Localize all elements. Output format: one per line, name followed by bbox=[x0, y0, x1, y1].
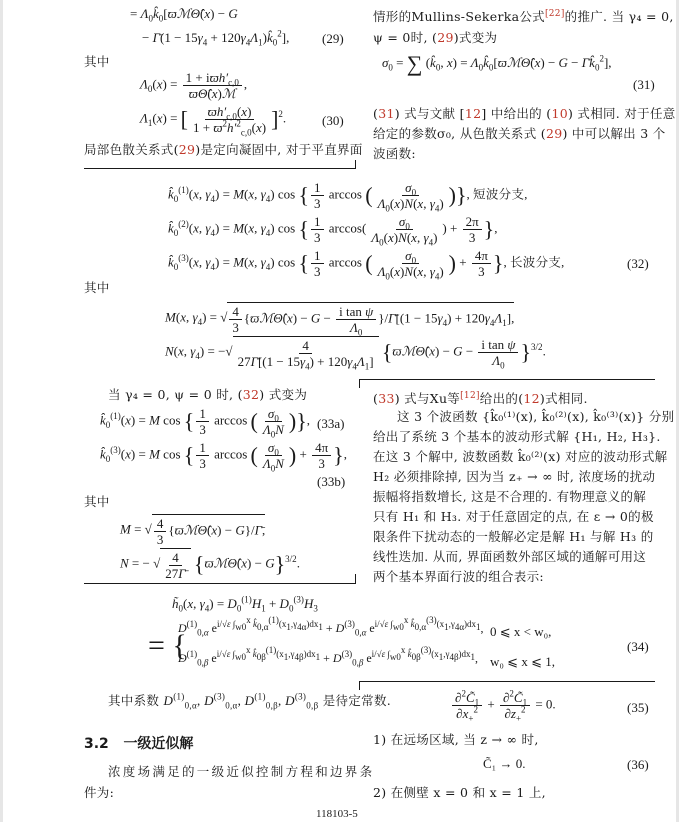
cite-22[interactable]: [22] bbox=[545, 9, 565, 19]
wave-solutions-line-9: 两个基本界面行波的组合表示: bbox=[373, 567, 544, 587]
eq36-number: (36) bbox=[627, 757, 649, 773]
where-label-2: 其中 bbox=[84, 278, 110, 298]
eq36: C̃₁ → 0. bbox=[483, 756, 525, 772]
eq-N-reduced: N = − √427Γ̄ {ϖℳΘ̂(x) − G}3/2. bbox=[120, 548, 300, 581]
eq33b-number: (33b) bbox=[317, 474, 345, 490]
eq-N-general: N(x, γ4) = −√427Γ̄[(1 − 15γ4) + 120γ4Λ1]… bbox=[165, 336, 546, 369]
gamma-zero-intro: 当 γ₄ = 0, ψ = 0 时, (32) 式变为 bbox=[108, 385, 307, 405]
section-number: 3.2 bbox=[84, 736, 109, 752]
mullins-sekerka-line: 情形的Mullins-Sekerka公式[22]的推广. 当 γ₄ = 0, bbox=[373, 7, 674, 27]
eq35-number: (35) bbox=[627, 700, 649, 716]
eq-M-general: M(x, γ4) = √43{ϖℳΘ̂(x) − G − i tan ψΛ0}/… bbox=[165, 302, 514, 335]
eq33a-number: (33a) bbox=[317, 416, 344, 432]
wave-solutions-line-3: 在这 3 个解中, 波数函数 k̂₀⁽²⁾(x) 对应的波动形式解 bbox=[373, 447, 667, 467]
eq29-line2: − Γ̄(1 − 15γ4 + 120γ4Λ1)k̂02], bbox=[142, 30, 289, 46]
short-wave-branch-label: 短波分支, bbox=[473, 187, 528, 201]
where-label-3: 其中 bbox=[84, 492, 110, 512]
page-edge-left bbox=[0, 0, 3, 822]
eq34-number: (34) bbox=[627, 639, 649, 655]
ref-link-32[interactable]: 32 bbox=[243, 387, 260, 402]
ref-link-12[interactable]: 12 bbox=[523, 391, 540, 406]
column-rule-left-top-tick bbox=[355, 160, 356, 169]
cite-12[interactable]: [12] bbox=[460, 391, 480, 401]
cite-12[interactable]: 12 bbox=[465, 106, 482, 121]
ref-link-29[interactable]: 29 bbox=[437, 30, 454, 45]
eq30-lambda0: Λ0(x) = 1 + iϖh′c,0ϖΘ̂(x)ℳ, bbox=[140, 70, 247, 101]
column-rule-right-bottom bbox=[359, 681, 655, 682]
eq31-number: (31) bbox=[633, 77, 655, 93]
eq-M-reduced: M = √43{ϖℳΘ̂(x) − G}/Γ̄, bbox=[120, 514, 265, 547]
eq32-row1: k̂0(1)(x, γ4) = M(x, γ4) cos {13 arccos … bbox=[168, 180, 528, 211]
wave-solutions-line-5: 振幅将指数增长, 这是不合理的. 有物理意义的解 bbox=[373, 487, 646, 507]
eq31-comparison-line3: 波函数: bbox=[373, 144, 416, 164]
section-heading-3-2: 3.2 一级近似解 bbox=[84, 733, 193, 753]
where-label: 其中 bbox=[84, 52, 110, 72]
eq31: σ0 = ∑ (k̂0, x) = Λ0k̂0[ϖℳΘ̂(x) − G − Γ̄… bbox=[382, 55, 612, 71]
eq34-case1: D(1)0,α ei/√ε ∫w0x k̂0,α(1)(x1,γ4α)dx1 +… bbox=[178, 620, 484, 636]
first-order-para-line2: 件为: bbox=[84, 783, 114, 803]
eq34-case2: D(1)0,β ei/√ε ∫w0x k̂0β(1)(x1,γ4β)dx1 + … bbox=[178, 650, 478, 666]
eq32-number: (32) bbox=[627, 256, 649, 272]
ref-link-31[interactable]: 31 bbox=[378, 106, 395, 121]
eq34-case1-condition: 0 ⩽ x < w₀, bbox=[490, 624, 551, 640]
ref-link-10[interactable]: 10 bbox=[551, 106, 568, 121]
long-wave-branch-label: 长波分支, bbox=[510, 255, 565, 269]
column-rule-right-bottom-tick bbox=[359, 681, 360, 690]
column-rule-left-top bbox=[84, 168, 356, 169]
first-order-para-line1: 浓度场满足的一级近似控制方程和边界条 bbox=[108, 762, 374, 782]
column-rule-left-mid bbox=[84, 583, 356, 584]
column-rule-right-mid-tick bbox=[359, 379, 360, 388]
eq34-case2-condition: w₀ ⩽ x ⩽ 1, bbox=[490, 654, 555, 670]
ref-link-33[interactable]: 33 bbox=[378, 391, 395, 406]
wave-solutions-line-7: 限条件下扰动态的一般解必定是解 H₁ 与解 H₃ 的 bbox=[373, 527, 654, 547]
column-rule-right-mid bbox=[359, 379, 655, 380]
side-wall-condition: 2) 在侧壁 x = 0 和 x = 1 上, bbox=[373, 783, 546, 803]
wave-solutions-line-6: 只有 H₁ 和 H₃. 对于任意固定的点, 在 ε → 0的极 bbox=[373, 507, 654, 527]
eq32-row2: k̂0(2)(x, γ4) = M(x, γ4) cos {13 arccos(… bbox=[168, 214, 497, 245]
eq33a: k̂0(1)(x) = M cos {13 arccos (σ0Λ0N)}, bbox=[100, 406, 310, 437]
section-title: 一级近似解 bbox=[123, 736, 193, 752]
eq30-lambda1: Λ1(x) = [ϖh′c,0(x)1 + ϖ2h′2c,0(x)]2. bbox=[140, 104, 286, 135]
undetermined-coefficients: 其中系数 D(1)0,α, D(3)0,α, D(1)0,β, D(3)0,β … bbox=[108, 691, 391, 711]
eq32-row3: k̂0(3)(x, γ4) = M(x, γ4) cos {13 arccos … bbox=[168, 248, 565, 279]
ref-link-29[interactable]: 29 bbox=[546, 126, 563, 141]
eq35: ∂2C̃1∂x+2 + ∂2C̃1∂z+2 = 0. bbox=[450, 690, 556, 721]
wave-solutions-line-1: 这 3 个波函数 {k̂₀⁽¹⁾(x), k̂₀⁽²⁾(x), k̂₀⁽³⁾(x… bbox=[397, 407, 674, 427]
far-field-condition: 1) 在远场区域, 当 z → ∞ 时, bbox=[373, 730, 539, 750]
wave-solutions-line-8: 线性迭加. 从而, 界面函数外部区域的通解可用这 bbox=[373, 547, 646, 567]
eq29-number: (29) bbox=[322, 31, 344, 47]
ref-link-29[interactable]: 29 bbox=[179, 142, 196, 157]
dispersion-paragraph: 局部色散关系式(29)是定向凝固中, 对于平直界面 bbox=[84, 140, 363, 160]
page-number: 118103-5 bbox=[316, 808, 358, 820]
eq31-comparison-line2: 给定的参数σ₀, 从色散关系式 (29) 中可以解出 3 个 bbox=[373, 124, 666, 144]
column-rule-left-mid-tick bbox=[355, 574, 356, 583]
eq30-number: (30) bbox=[322, 113, 344, 129]
wave-solutions-line-4: H₂ 必须排除掉, 因为当 z₊ → ∞ 时, 浓度场的扰动 bbox=[373, 467, 655, 487]
eq31-comparison-line1: (31) 式与文献 [12] 中给出的 (10) 式相同. 对于任意 bbox=[373, 104, 676, 124]
xu-comparison-line: (33) 式与Xu等[12]给出的(12)式相同. bbox=[373, 389, 588, 409]
psi-zero-line: ψ = 0时, (29)式变为 bbox=[373, 28, 497, 48]
eq34-line1: h̃0(x, γ4) = D0(1)H1 + D0(3)H3 bbox=[172, 596, 318, 612]
eq29-line1: = Λ0k̂0[ϖℳΘ̂(x) − G bbox=[130, 6, 238, 22]
wave-solutions-line-2: 给出了系统 3 个基本的波动形式解 {H₁, H₂, H₃}. bbox=[373, 427, 661, 447]
eq33b: k̂0(3)(x) = M cos {13 arccos (σ0Λ0N) + 4… bbox=[100, 440, 347, 471]
